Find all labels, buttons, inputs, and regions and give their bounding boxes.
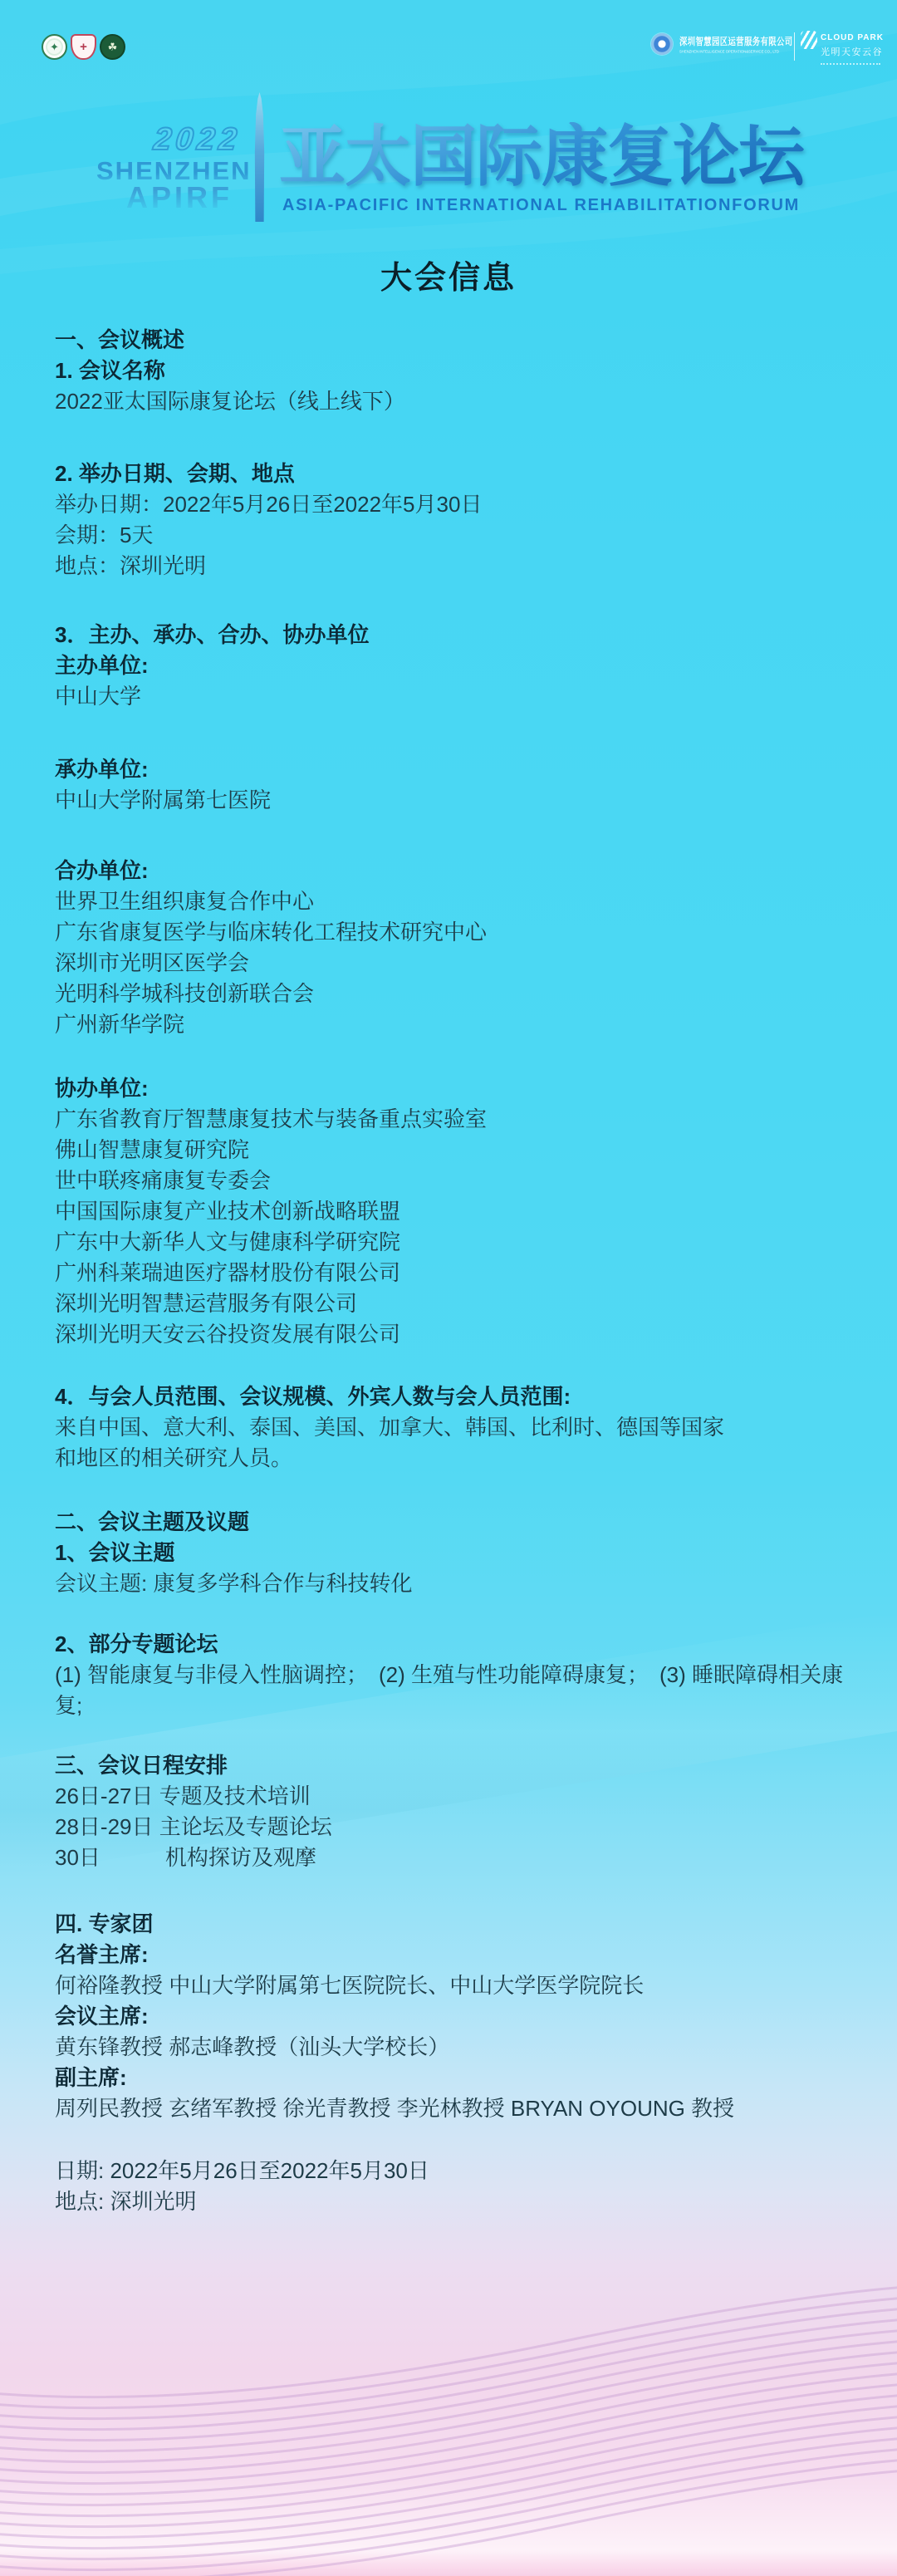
content-heading: 合办单位: (55, 856, 859, 886)
content-text: 世中联疼痛康复专委会 (55, 1165, 859, 1196)
content-text: 广东省教育厅智慧康复技术与装备重点实验室 (55, 1104, 859, 1135)
content-heading: 副主席: (55, 2063, 859, 2093)
content-heading: 1、会议主题 (55, 1538, 859, 1568)
content-text: 26日-27日 专题及技术培训 (55, 1781, 859, 1812)
content-text: 中山大学附属第七医院 (55, 785, 859, 816)
content-heading: 3．主办、承办、合办、协办单位 (55, 620, 859, 650)
content-heading: 1. 会议名称 (55, 356, 859, 386)
operator-swirl-icon (651, 33, 673, 55)
content-text: 中山大学 (55, 681, 859, 712)
content-text: 地点: 深圳光明 (55, 2186, 859, 2217)
content-text: 深圳光明智慧运营服务有限公司 (55, 1288, 859, 1319)
content-heading: 协办单位: (55, 1073, 859, 1104)
content-text: 深圳光明天安云谷投资发展有限公司 (55, 1319, 859, 1350)
conference-poster: ✦ + ☘ 深圳智慧园区运营服务有限公司 SHENZHEN INTELLIGEN… (0, 0, 897, 2576)
content-text: 世界卫生组织康复合作中心 (55, 886, 859, 917)
content-body: 一、会议概述1. 会议名称2022亚太国际康复论坛（线上线下）2. 举办日期、会… (55, 325, 859, 2217)
content-text: 日期: 2022年5月26日至2022年5月30日 (55, 2156, 859, 2186)
cloud-park-logo: CLOUD PARK 光明天安云谷 (821, 33, 879, 65)
content-text: 会议主题: 康复多学科合作与科技转化 (55, 1568, 859, 1599)
association-emblem-icon: ☘ (100, 34, 125, 60)
right-logos: 深圳智慧园区运营服务有限公司 SHENZHEN INTELLIGENCE OPE… (640, 28, 872, 68)
content-text: 黄东锋教授 郝志峰教授（汕头大学校长） (55, 2032, 859, 2063)
bottom-waves-decoration (0, 2219, 897, 2576)
hospital-shield-icon: + (71, 34, 96, 60)
content-text: 深圳市光明区医学会 (55, 948, 859, 979)
page-title: 大会信息 (0, 252, 897, 297)
content-text: 和地区的相关研究人员。 (55, 1443, 859, 1474)
content-text: 广东中大新华人文与健康科学研究院 (55, 1227, 859, 1258)
content-heading: 2、部分专题论坛 (55, 1629, 859, 1660)
banner-title-en: ASIA-PACIFIC INTERNATIONAL REHABILITATIO… (282, 196, 847, 215)
left-logos: ✦ + ☘ (42, 34, 125, 60)
content-text: 广东省康复医学与临床转化工程技术研究中心 (55, 917, 859, 948)
content-heading: 二、会议主题及议题 (55, 1507, 859, 1538)
content-text: 中国国际康复产业技术创新战略联盟 (55, 1196, 859, 1227)
content-text: 30日 机构探访及观摩 (55, 1842, 859, 1873)
content-text: 地点：深圳光明 (55, 551, 859, 581)
content-heading: 4．与会人员范围、会议规模、外宾人数与会人员范围: (55, 1381, 859, 1412)
content-heading: 三、会议日程安排 (55, 1750, 859, 1781)
content-text: 举办日期：2022年5月26日至2022年5月30日 (55, 489, 859, 520)
cloud-park-name-en: CLOUD PARK (821, 33, 879, 42)
content-text: 光明科学城科技创新联合会 (55, 979, 859, 1009)
logo-divider (794, 32, 795, 61)
content-text: 28日-29日 主论坛及专题论坛 (55, 1812, 859, 1842)
content-text: 会期：5天 (55, 520, 859, 551)
content-heading: 四. 专家团 (55, 1909, 859, 1940)
university-seal-icon: ✦ (42, 34, 67, 60)
banner-year: 2022 (123, 122, 272, 158)
content-heading: 一、会议概述 (55, 325, 859, 356)
cloud-park-icon (801, 31, 817, 49)
content-text: 2022亚太国际康复论坛（线上线下） (55, 386, 859, 417)
banner-acronym: APIRF (106, 180, 252, 215)
content-text: 周列民教授 玄绪军教授 徐光青教授 李光林教授 BRYAN OYOUNG 教授 (55, 2093, 859, 2124)
content-heading: 承办单位: (55, 754, 859, 785)
banner: 2022 SHENZHEN APIRF 亚太国际康复论坛 ASIA-PACIFI… (0, 79, 897, 241)
content-text: 何裕隆教授 中山大学附属第七医院院长、中山大学医学院院长 (55, 1970, 859, 2001)
cloud-park-name-cn: 光明天安云谷 (821, 45, 879, 58)
content-heading: 2. 举办日期、会期、地点 (55, 459, 859, 489)
content-text: 佛山智慧康复研究院 (55, 1135, 859, 1165)
banner-title-cn: 亚太国际康复论坛 (279, 122, 827, 192)
operator-logo: 深圳智慧园区运营服务有限公司 SHENZHEN INTELLIGENCE OPE… (679, 34, 787, 59)
content-text: (1) 智能康复与非侵入性脑调控； (2) 生殖与性功能障碍康复； (3) 睡眠… (55, 1660, 859, 1721)
content-text: 广州新华学院 (55, 1009, 859, 1040)
content-text: 来自中国、意大利、泰国、美国、加拿大、韩国、比利时、德国等国家 (55, 1412, 859, 1443)
content-heading: 名誉主席: (55, 1940, 859, 1970)
content-heading: 主办单位: (55, 650, 859, 681)
operator-name-en: SHENZHEN INTELLIGENCE OPERATION&SERVICE … (679, 50, 725, 54)
content-text: 广州科莱瑞迪医疗器材股份有限公司 (55, 1258, 859, 1288)
operator-name-cn: 深圳智慧园区运营服务有限公司 (679, 34, 763, 48)
cloud-park-tagline-line (821, 63, 880, 65)
content-heading: 会议主席: (55, 2001, 859, 2032)
